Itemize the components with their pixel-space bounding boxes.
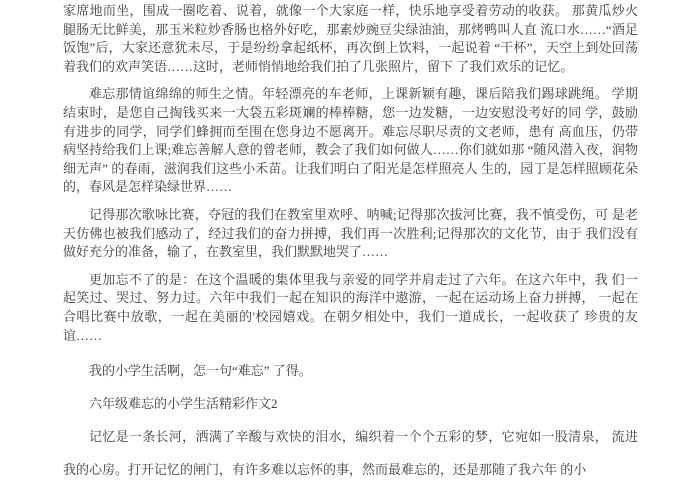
paragraph-teachers: 难忘那情谊绵绵的师生之情。年轻漂亮的车老师，上课新颖有趣，课后陪我们踢球跳绳。 … <box>63 85 638 197</box>
paragraph-picnic-continuation: 家席地而坐，围成一圈吃着、说着，就像一个大家庭一样，快乐地享受着劳动的收获。 那… <box>63 2 638 76</box>
paragraph-memory-river: 记忆是一条长河，洒满了辛酸与欢快的泪水，编织着一个个五彩的梦，它宛如一股清泉， … <box>63 420 638 470</box>
essay2-heading: 六年级难忘的小学生活精彩作文2 <box>63 387 638 420</box>
document-page: 家席地而坐，围成一圈吃着、说着，就像一个大家庭一样，快乐地享受着劳动的收获。 那… <box>63 2 638 470</box>
paragraph-contests: 记得那次歌咏比赛，夺冠的我们在教室里欢呼、呐喊;记得那次拔河比赛，我不慎受伤，可… <box>63 206 638 262</box>
paragraph-classmates: 更加忘不了的是：在这个温暖的集体里我与亲爱的同学并肩走过了六年。在这六年中，我 … <box>63 271 638 345</box>
line-closing-sigh: 我的小学生活啊，怎一句“难忘” 了得。 <box>63 354 638 387</box>
